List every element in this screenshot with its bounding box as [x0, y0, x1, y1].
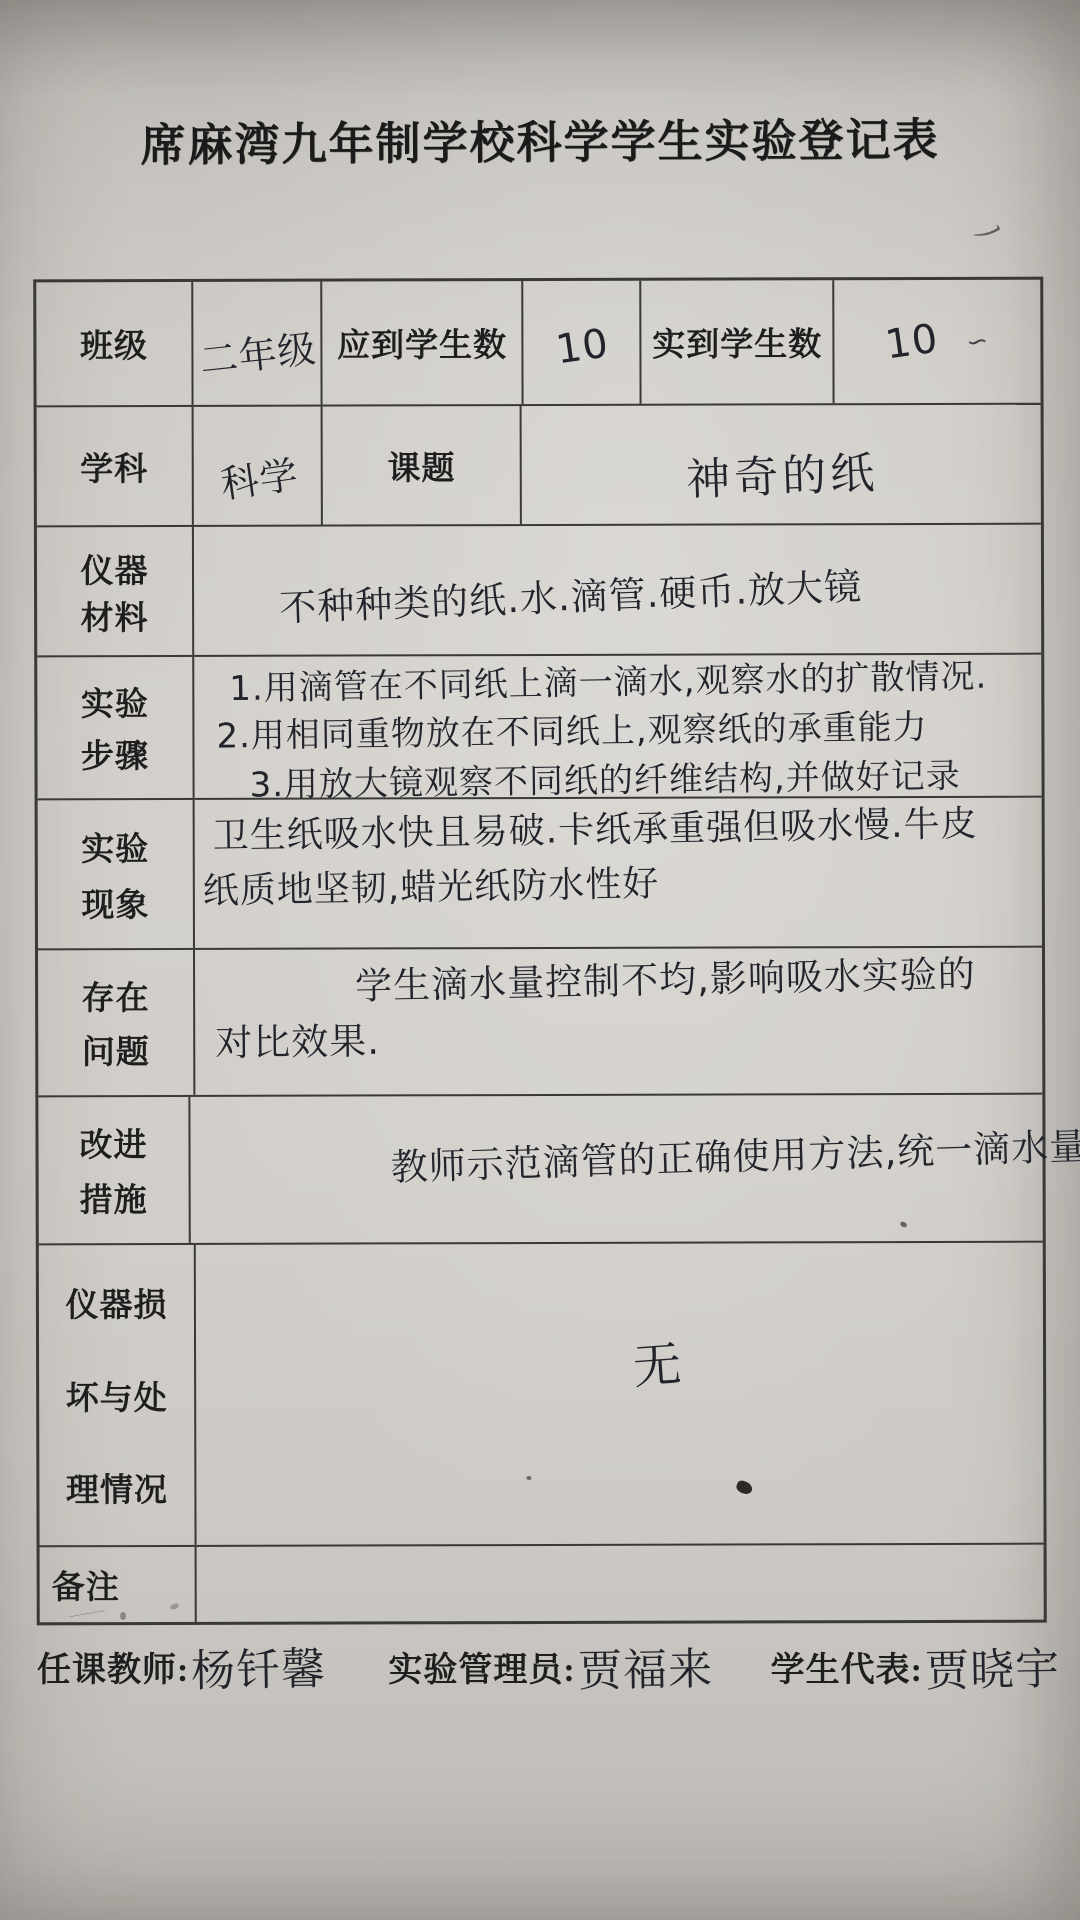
row-damage: 仪器损 坏与处 理情况 无 [39, 1243, 1044, 1548]
actual-count-value-handwritten: 10 [883, 315, 942, 368]
improvements-value-cell: 教师示范滴管的正确使用方法,统一滴水量 [190, 1095, 1042, 1243]
damage-value-handwritten: 无 [630, 1325, 684, 1397]
student-name-handwritten: 贾晓宇 [924, 1633, 1060, 1699]
class-label-cell: 班级 [36, 282, 193, 405]
student-signature-group: 学生代表: 贾晓宇 [771, 1634, 1060, 1698]
damage-label-line2: 坏与处 [66, 1371, 168, 1418]
photographed-form-paper: 席麻湾九年制学校科学学生实验登记表 ノ 班级 二年级 应到学生数 10 实到学生… [0, 0, 1080, 1920]
steps-value-cell: 1.用滴管在不同纸上滴一滴水,观察水的扩散情况. 2.用相同重物放在不同纸上,观… [194, 655, 1041, 798]
dust-speck [120, 1612, 126, 1620]
materials-value-handwritten: 不种种类的纸.水.滴管.硬币.放大镜 [278, 563, 862, 632]
teacher-signature-group: 任课教师: 杨钎馨 [37, 1634, 326, 1698]
problems-label-line2: 问题 [82, 1026, 150, 1073]
row-remarks: 备注 ﹏﹏ [40, 1545, 1044, 1623]
steps-label-line1: 实验 [81, 678, 149, 725]
materials-value-cell: 不种种类的纸.水.滴管.硬币.放大镜 [194, 525, 1041, 655]
row-class: 班级 二年级 应到学生数 10 实到学生数 10 ∽ [36, 280, 1040, 408]
class-value-handwritten: 二年级 [197, 318, 319, 385]
phenomena-value-cell: 卫生纸吸水快且易破.卡纸承重强但吸水慢.牛皮 纸质地坚韧,蜡光纸防水性好 [195, 798, 1042, 948]
problems-line1-handwritten: 学生滴水量控制不均,影响吸水实验的 [355, 950, 977, 1009]
actual-count-pen-mark: ∽ [964, 325, 992, 359]
manager-signature-group: 实验管理员: 贾福来 [388, 1634, 712, 1698]
improvements-label-line1: 改进 [79, 1119, 147, 1166]
teacher-name-handwritten: 杨钎馨 [191, 1633, 327, 1699]
problems-label-line1: 存在 [82, 972, 150, 1019]
problems-label-cell: 存在 问题 [38, 950, 195, 1095]
damage-label-cell: 仪器损 坏与处 理情况 [39, 1245, 197, 1545]
problems-value-cell: 学生滴水量控制不均,影响吸水实验的 对比效果. [195, 948, 1042, 1095]
improvements-label-line2: 措施 [80, 1174, 148, 1221]
subject-value-handwritten: 科学 [216, 443, 301, 509]
improvements-label-cell: 改进 措施 [38, 1097, 190, 1243]
subject-label: 学科 [80, 443, 148, 490]
remarks-value-cell [197, 1545, 1044, 1622]
row-steps: 实验 步骤 1.用滴管在不同纸上滴一滴水,观察水的扩散情况. 2.用相同重物放在… [37, 655, 1041, 801]
materials-label-line2: 材料 [81, 592, 149, 639]
pen-mark: ノ [965, 203, 1015, 256]
form-title: 席麻湾九年制学校科学学生实验登记表 [0, 102, 1080, 175]
damage-label-line1: 仪器损 [65, 1279, 167, 1326]
remarks-label-cell: 备注 ﹏﹏ [40, 1547, 197, 1622]
actual-count-value-cell: 10 ∽ [834, 280, 1040, 404]
row-phenomena: 实验 现象 卫生纸吸水快且易破.卡纸承重强但吸水慢.牛皮 纸质地坚韧,蜡光纸防水… [38, 798, 1042, 951]
phenomena-label-line1: 实验 [81, 823, 149, 870]
subject-value-cell: 科学 [194, 407, 324, 525]
pencil-smudge: ﹏﹏ [66, 1590, 106, 1622]
expected-count-label: 应到学生数 [337, 319, 507, 366]
row-subject: 学科 科学 课题 神奇的纸 [37, 405, 1041, 528]
row-materials: 仪器 材料 不种种类的纸.水.滴管.硬币.放大镜 [37, 525, 1041, 658]
steps-label-cell: 实验 步骤 [37, 657, 194, 798]
ink-stain [735, 1479, 754, 1496]
teacher-label: 任课教师: [37, 1642, 189, 1691]
problems-line2-handwritten: 对比效果. [215, 1018, 380, 1067]
materials-label-line1: 仪器 [80, 545, 148, 592]
subject-label-cell: 学科 [37, 407, 194, 525]
row-problems: 存在 问题 学生滴水量控制不均,影响吸水实验的 对比效果. [38, 948, 1042, 1098]
row-improvements: 改进 措施 教师示范滴管的正确使用方法,统一滴水量 [38, 1095, 1042, 1246]
topic-value-handwritten: 神奇的纸 [684, 437, 878, 508]
expected-count-value-cell: 10 [523, 281, 642, 404]
student-label: 学生代表: [771, 1642, 923, 1691]
actual-count-label-cell: 实到学生数 [642, 280, 835, 404]
phenomena-line2-handwritten: 纸质地坚韧,蜡光纸防水性好 [203, 861, 660, 916]
phenomena-label-cell: 实验 现象 [38, 800, 195, 948]
experiment-registration-table: 班级 二年级 应到学生数 10 实到学生数 10 ∽ 学科 [33, 277, 1047, 1626]
expected-count-label-cell: 应到学生数 [323, 281, 524, 405]
actual-count-label: 实到学生数 [652, 318, 822, 365]
steps-line2-handwritten: 2.用相同重物放在不同纸上,观察纸的承重能力 [216, 704, 928, 760]
class-label: 班级 [80, 320, 148, 367]
signature-row: 任课教师: 杨钎馨 实验管理员: 贾福来 学生代表: 贾晓宇 [35, 1626, 1055, 1706]
manager-label: 实验管理员: [388, 1642, 575, 1691]
topic-value-cell: 神奇的纸 [522, 405, 1041, 524]
phenomena-line1-handwritten: 卫生纸吸水快且易破.卡纸承重强但吸水慢.牛皮 [212, 801, 978, 861]
phenomena-label-line2: 现象 [81, 879, 149, 926]
dust-speck [526, 1476, 531, 1480]
materials-label-cell: 仪器 材料 [37, 527, 194, 655]
topic-label: 课题 [387, 442, 455, 489]
damage-value-cell: 无 [196, 1243, 1044, 1545]
damage-label-line3: 理情况 [66, 1464, 168, 1511]
expected-count-value-handwritten: 10 [553, 320, 612, 373]
topic-label-cell: 课题 [323, 406, 522, 525]
steps-label-line2: 步骤 [81, 730, 149, 777]
class-value-cell: 二年级 [193, 282, 323, 405]
manager-name-handwritten: 贾福来 [577, 1633, 713, 1699]
improvements-line1-handwritten: 教师示范滴管的正确使用方法,统一滴水量 [390, 1123, 1080, 1191]
